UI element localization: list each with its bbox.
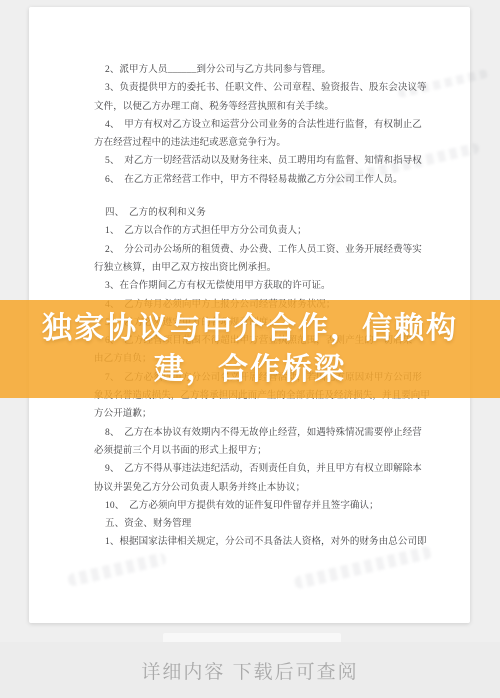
doc-line: 1、 乙方以合作的方式担任甲方分公司负责人；: [94, 222, 435, 240]
doc-line: 8、 乙方在本协议有效期内不得无故停止经营，如遇特殊情况需要停止经营: [94, 424, 435, 442]
banner-title-line2: 建，合作桥梁: [154, 349, 346, 390]
doc-line: 文件，以便乙方办理工商、税务等经营执照和有关手续。: [94, 98, 435, 116]
document-preview-viewport[interactable]: 2、派甲方人员______到分公司与乙方共同参与管理。3、负责提供甲方的委托书、…: [0, 0, 500, 698]
doc-line: 2、派甲方人员______到分公司与乙方共同参与管理。: [94, 61, 435, 79]
doc-line: 4、 甲方有权对乙方设立和运营分公司业务的合法性进行监督，有权制止乙: [94, 116, 435, 134]
footer-label: 详细内容 下载后可查阅: [141, 657, 358, 684]
watermark: [293, 545, 432, 589]
title-banner: 独家协议与中介合作，信赖构 建，合作桥梁: [0, 300, 500, 398]
footer-bar: 详细内容 下载后可查阅: [0, 642, 500, 698]
doc-line: 3、在合作期间乙方有权无偿使用甲方获取的许可证。: [94, 277, 435, 295]
doc-line: 1、根据国家法律相关规定，分公司不具备法人资格，对外的财务由总公司即: [94, 533, 435, 551]
banner-title-line1: 独家协议与中介合作，信赖构: [42, 308, 458, 349]
doc-line: 必须提前三个月以书面的形式上报甲方；: [94, 442, 435, 460]
doc-line: 10、 乙方必须向甲方提供有效的证件复印件留存并且签字确认；: [94, 497, 435, 515]
doc-line: 2、 分公司办公场所的租赁费、办公费、工作人员工资、业务开展经费等实: [94, 241, 435, 259]
doc-line: 四、 乙方的权利和义务: [94, 204, 435, 222]
doc-line: 行独立核算，由甲乙双方按出资比例承担。: [94, 259, 435, 277]
doc-blank-line: [94, 189, 435, 204]
watermark: [67, 552, 167, 587]
doc-line: 3、负责提供甲方的委托书、任职文件、公司章程、验资报告、股东会决议等: [94, 79, 435, 97]
doc-line: 9、 乙方不得从事违法违纪活动，否则责任自负，并且甲方有权立即解除本: [94, 460, 435, 478]
doc-line: 方在经营过程中的违法违纪或恶意竞争行为。: [94, 134, 435, 152]
doc-line: 五、资金、财务管理: [94, 515, 435, 533]
doc-line: 协议并罢免乙方分公司负责人职务并终止本协议；: [94, 479, 435, 497]
doc-line: 方公开道歉；: [94, 405, 435, 423]
